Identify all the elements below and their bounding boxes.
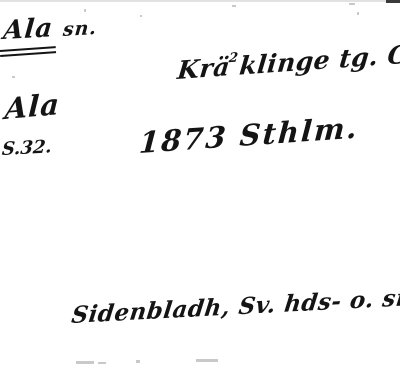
district-superscript: 2 <box>228 50 239 66</box>
district-prefix: Krä <box>176 52 232 85</box>
scan-edge-line <box>0 0 400 2</box>
headword-underline <box>0 46 56 57</box>
headword-line: Alasn. <box>2 11 99 46</box>
scan-speck <box>349 3 355 5</box>
headword: Ala <box>2 13 54 46</box>
scan-speck <box>232 5 236 7</box>
district-suffix: klinge tg. Gtl. <box>238 37 400 80</box>
source-citation: Sidenbladh, Sv. hds- o. snnamn <box>70 280 400 329</box>
scan-smudge <box>76 361 94 364</box>
scan-smudge <box>136 360 140 363</box>
page-reference: S.32. <box>1 136 53 160</box>
scan-speck <box>140 15 142 17</box>
headword-suffix: sn. <box>62 17 98 41</box>
scan-speck <box>386 0 400 3</box>
scan-smudge <box>98 362 106 364</box>
scan-speck <box>12 76 15 78</box>
scan-smudge <box>196 359 218 362</box>
district-line: Krä2klinge tg. Gtl. <box>176 37 400 85</box>
archive-card-scan: Alasn. Krä2klinge tg. Gtl. Ala S.32. 187… <box>0 0 400 370</box>
scan-speck <box>357 12 359 15</box>
name-repeat: Ala <box>4 87 61 126</box>
year-place: 1873 Sthlm. <box>138 110 360 160</box>
